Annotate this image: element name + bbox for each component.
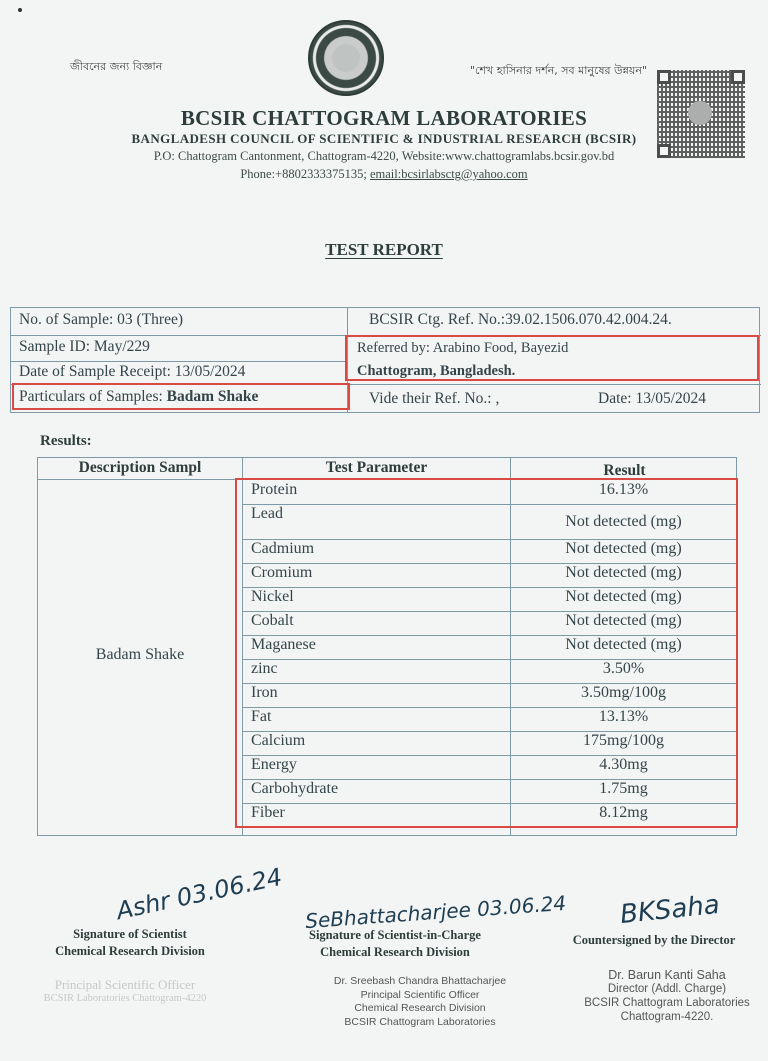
sample-receipt-date: Date of Sample Receipt: 13/05/2024 xyxy=(19,363,245,381)
director-countersign-title: Countersigned by the Director xyxy=(552,933,756,948)
scientist-signature-title: Signature of Scientist xyxy=(30,927,230,942)
reference-number: BCSIR Ctg. Ref. No.:39.02.1506.070.42.00… xyxy=(369,311,672,329)
vide-ref-no: Vide their Ref. No.: , xyxy=(369,390,499,408)
ref-date: Date: 13/05/2024 xyxy=(598,390,706,408)
scientist-stamp: Principal Scientific Officer BCSIR Labor… xyxy=(30,978,220,1006)
scientist-in-charge-stamp: Dr. Sreebash Chandra Bhattacharjee Princ… xyxy=(320,975,520,1029)
results-label: Results: xyxy=(40,433,92,450)
report-title: TEST REPORT xyxy=(0,240,768,260)
results-table-header: Description Sampl Test Parameter Result xyxy=(38,458,736,480)
scientist-division: Chemical Research Division xyxy=(30,944,230,959)
column-header-description: Description Sampl xyxy=(38,459,242,477)
highlight-results xyxy=(235,478,738,828)
scientist-in-charge-division: Chemical Research Division xyxy=(290,945,500,960)
director-signature: BKSaha xyxy=(619,890,721,930)
motto-left: জীবনের জন্য বিজ্ঞান xyxy=(70,58,162,77)
lab-title: BCSIR CHATTOGRAM LABORATORIES xyxy=(0,106,768,131)
director-stamp: Dr. Barun Kanti Saha Director (Addl. Cha… xyxy=(572,968,762,1024)
email-link[interactable]: email:bcsirlabsctg@yahoo.com xyxy=(370,167,528,181)
sample-description: Badam Shake xyxy=(38,646,242,664)
phone-number: Phone:+8802333375135; xyxy=(240,167,370,181)
scientist-in-charge-title: Signature of Scientist-in-Charge xyxy=(290,928,500,943)
lab-contact: Phone:+8802333375135; email:bcsirlabsctg… xyxy=(0,167,768,182)
scientist-in-charge-signature: SeBhattacharjee 03.06.24 xyxy=(304,891,566,933)
lab-address: P.O: Chattogram Cantonment, Chattogram-4… xyxy=(0,149,768,164)
scientist-signature: Ashr 03.06.24 xyxy=(114,863,285,925)
highlight-referred-by xyxy=(345,335,759,381)
bcsir-seal-icon xyxy=(308,20,384,96)
council-name: BANGLADESH COUNCIL OF SCIENTIFIC & INDUS… xyxy=(0,131,768,147)
column-header-test-parameter: Test Parameter xyxy=(243,459,510,477)
page-mark xyxy=(18,8,22,12)
motto-right: "শেখ হাসিনার দর্শন, সব মানুষের উন্নয়ন" xyxy=(470,62,647,81)
sample-id: Sample ID: May/229 xyxy=(19,338,150,356)
highlight-particulars xyxy=(12,383,350,410)
no-of-sample: No. of Sample: 03 (Three) xyxy=(19,311,183,329)
